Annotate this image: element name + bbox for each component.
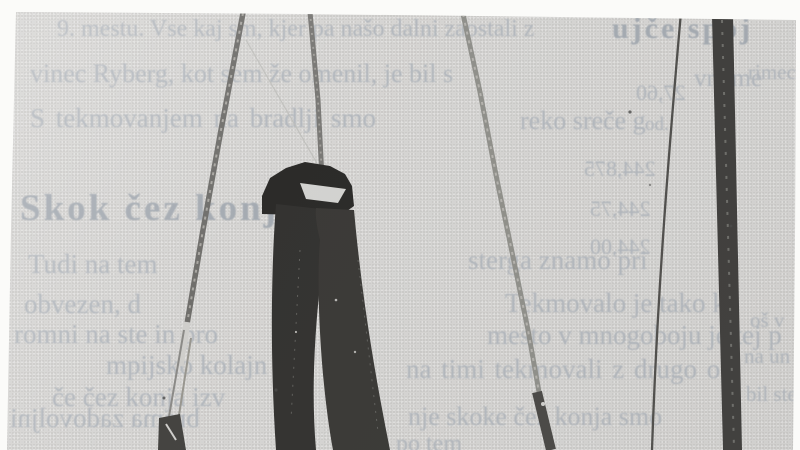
leg-fleck bbox=[335, 299, 338, 302]
ring-strap-right-buckle bbox=[537, 392, 551, 450]
dust-speck bbox=[628, 110, 631, 113]
frame-pole-right bbox=[712, 16, 742, 450]
scanned-photo: 9. mestu. Vse kaj sm, kjer pa našo dalni… bbox=[0, 0, 800, 450]
rope-thin-right bbox=[652, 12, 681, 450]
dust-speck bbox=[163, 397, 166, 400]
buckle-highlight bbox=[541, 402, 545, 406]
gymnast-leg-right bbox=[316, 208, 390, 450]
dust-speck bbox=[730, 225, 733, 228]
photo-artwork bbox=[0, 0, 800, 450]
dust-speck bbox=[274, 388, 277, 391]
scratch-line bbox=[246, 40, 322, 172]
leg-fleck bbox=[295, 331, 297, 333]
ring-strap-left-loop-a bbox=[167, 330, 184, 428]
leg-fleck bbox=[354, 351, 356, 353]
ring-strap-right bbox=[463, 14, 539, 392]
scanned-page: 9. mestu. Vse kaj sm, kjer pa našo dalni… bbox=[0, 0, 800, 450]
dust-speck bbox=[649, 184, 651, 186]
